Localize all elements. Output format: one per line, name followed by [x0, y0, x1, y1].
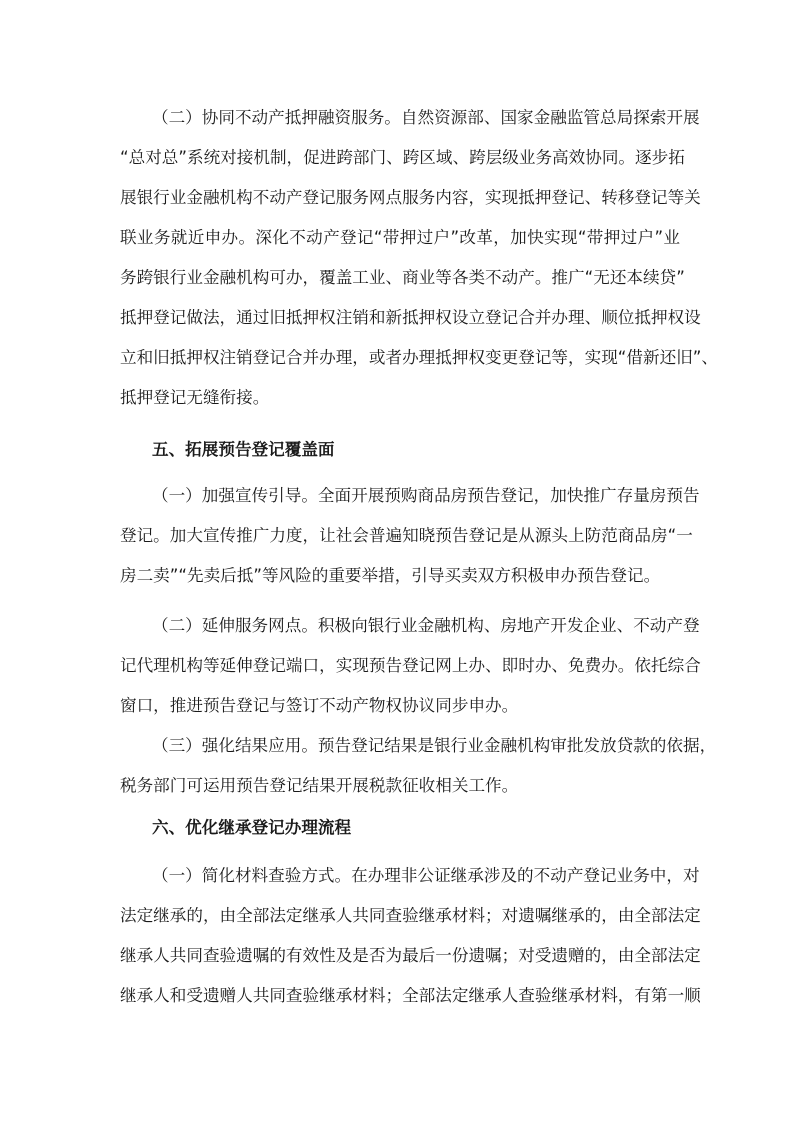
section-heading: 六、优化继承登记办理流程: [152, 818, 351, 838]
paragraph-line: （二）延伸服务网点。积极向银行业金融机构、房地产开发企业、不动产登: [152, 616, 680, 636]
section-heading: 五、拓展预告登记覆盖面: [152, 440, 335, 460]
paragraph-line: （三）强化结果应用。预告登记结果是银行业金融机构审批发放贷款的依据，: [152, 736, 680, 756]
paragraph-line: 记代理机构等延伸登记端口，实现预告登记网上办、即时办、免费办。依托综合: [120, 656, 680, 676]
paragraph-line: 立和旧抵押权注销登记合并办理，或者办理抵押权变更登记等，实现“借新还旧”、: [120, 348, 680, 368]
paragraph-line: 抵押登记无缝衔接。: [120, 388, 680, 408]
paragraph-line: 继承人共同查验遗嘱的有效性及是否为最后一份遗嘱；对受遗赠的，由全部法定: [120, 946, 680, 966]
paragraph-line: 登记。加大宣传推广力度，让社会普遍知晓预告登记是从源头上防范商品房“一: [120, 526, 680, 546]
paragraph-line: （一）加强宣传引导。全面开展预购商品房预告登记，加快推广存量房预告: [152, 486, 680, 506]
paragraph-line: （一）简化材料查验方式。在办理非公证继承涉及的不动产登记业务中，对: [152, 866, 680, 886]
paragraph-line: 窗口，推进预告登记与签订不动产物权协议同步申办。: [120, 696, 680, 716]
paragraph-line: 务跨银行业金融机构可办，覆盖工业、商业等各类不动产。推广“无还本续贷”: [120, 268, 680, 288]
paragraph-line: 税务部门可运用预告登记结果开展税款征收相关工作。: [120, 776, 680, 796]
paragraph-line: “总对总”系统对接机制，促进跨部门、跨区域、跨层级业务高效协同。逐步拓: [120, 148, 680, 168]
paragraph-line: 抵押登记做法，通过旧抵押权注销和新抵押权设立登记合并办理、顺位抵押权设: [120, 308, 680, 328]
paragraph-line: 联业务就近申办。深化不动产登记“带押过户”改革，加快实现“带押过户”业: [120, 228, 680, 248]
paragraph-line: 房二卖”“先卖后抵”等风险的重要举措，引导买卖双方积极申办预告登记。: [120, 566, 680, 586]
document-page: （二）协同不动产抵押融资服务。自然资源部、国家金融监管总局探索开展 “总对总”系…: [0, 0, 793, 1122]
paragraph-line: 展银行业金融机构不动产登记服务网点服务内容，实现抵押登记、转移登记等关: [120, 188, 680, 208]
paragraph-line: 继承人和受遗赠人共同查验继承材料；全部法定继承人查验继承材料，有第一顺: [120, 986, 680, 1006]
paragraph-line: 法定继承的，由全部法定继承人共同查验继承材料；对遗嘱继承的，由全部法定: [120, 906, 680, 926]
paragraph-line: （二）协同不动产抵押融资服务。自然资源部、国家金融监管总局探索开展: [152, 108, 680, 128]
